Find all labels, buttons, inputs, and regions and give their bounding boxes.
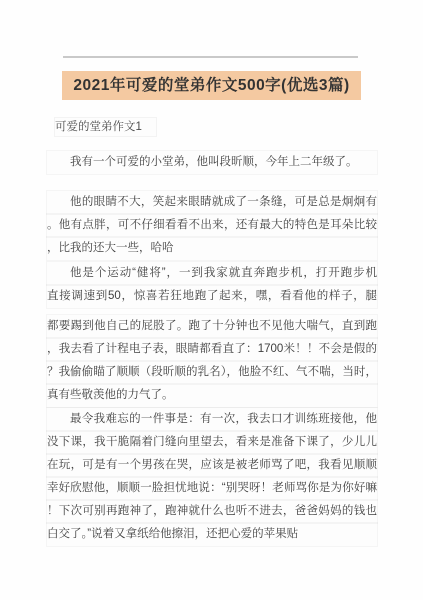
section-label: 可爱的堂弟作文1: [55, 118, 156, 136]
essay-line: 白交了。”说着又拿纸给他擦泪，还把心爱的苹果贴: [47, 523, 377, 546]
paragraph-4: 最令我难忘的一件事是：有一次，我去口才训练班接他，他还 没下课，我干脆隔着门缝向…: [47, 408, 377, 546]
essay-line: 他是个运动“健将”，一到我家就直奔跑步机，打开跑步机: [47, 262, 377, 285]
essay-line: 我有一个可爱的小堂弟，他叫段昕顺，今年上二年级了。: [47, 151, 377, 174]
essay-line: ，我去看了计程电子表，眼睛都看直了：1700米！！不会是假的吧: [47, 338, 377, 361]
essay-line: 在玩，可是有一个男孩在哭，应该是被老师骂了吧，我看见顺顺正: [47, 454, 377, 477]
paragraph-3: 他是个运动“健将”，一到我家就直奔跑步机，打开跑步机 直接调速到50，惊喜若狂地…: [47, 262, 377, 308]
essay-title: 2021年可爱的堂弟作文500字(优选3篇): [62, 71, 361, 100]
essay-line: 直接调速到50，惊喜若狂地跑了起来，嘿，看看他的样子，腿: [47, 285, 377, 308]
paragraph-3-continued: 都要踢到他自己的屁股了。跑了十分钟也不见他大喘气，直到跑完了 ，我去看了计程电子…: [47, 315, 377, 407]
paragraph-2: 他的眼睛不大，笑起来眼睛就成了一条缝，可是总是炯炯有神 。他有点胖，可不仔细看看…: [47, 191, 377, 260]
essay-line: 他的眼睛不大，笑起来眼睛就成了一条缝，可是总是炯炯有神: [47, 191, 377, 214]
essay-line: ，比我的还大一些，哈哈: [47, 237, 377, 260]
essay-line: 都要踢到他自己的屁股了。跑了十分钟也不见他大喘气，直到跑完了: [47, 315, 377, 338]
essay-line: ！下次可别再跑神了，跑神就什么也听不进去，爸爸妈妈的钱也就: [47, 500, 377, 523]
essay-line: 。他有点胖，可不仔细看看不出来，还有最大的特色是耳朵比较大: [47, 214, 377, 237]
essay-line: 幸好欣慰他，顺顺一脸担忧地说：“别哭呀！老师骂你是为你好嘛: [47, 477, 377, 500]
header-divider: [63, 56, 358, 58]
essay-line: ？我偷偷瞄了顺顺（段昕顺的乳名），他脸不红、气不喘，当时，我: [47, 361, 377, 384]
essay-line: 真有些敬羡他的力气了。: [47, 384, 377, 407]
essay-line: 没下课，我干脆隔着门缝向里望去，看来是准备下课了，少儿儿们: [47, 431, 377, 454]
paragraph-1: 我有一个可爱的小堂弟，他叫段昕顺，今年上二年级了。: [47, 151, 377, 174]
document-page: 2021年可爱的堂弟作文500字(优选3篇) 可爱的堂弟作文1 我有一个可爱的小…: [0, 0, 423, 600]
essay-line: 最令我难忘的一件事是：有一次，我去口才训练班接他，他还: [47, 408, 377, 431]
